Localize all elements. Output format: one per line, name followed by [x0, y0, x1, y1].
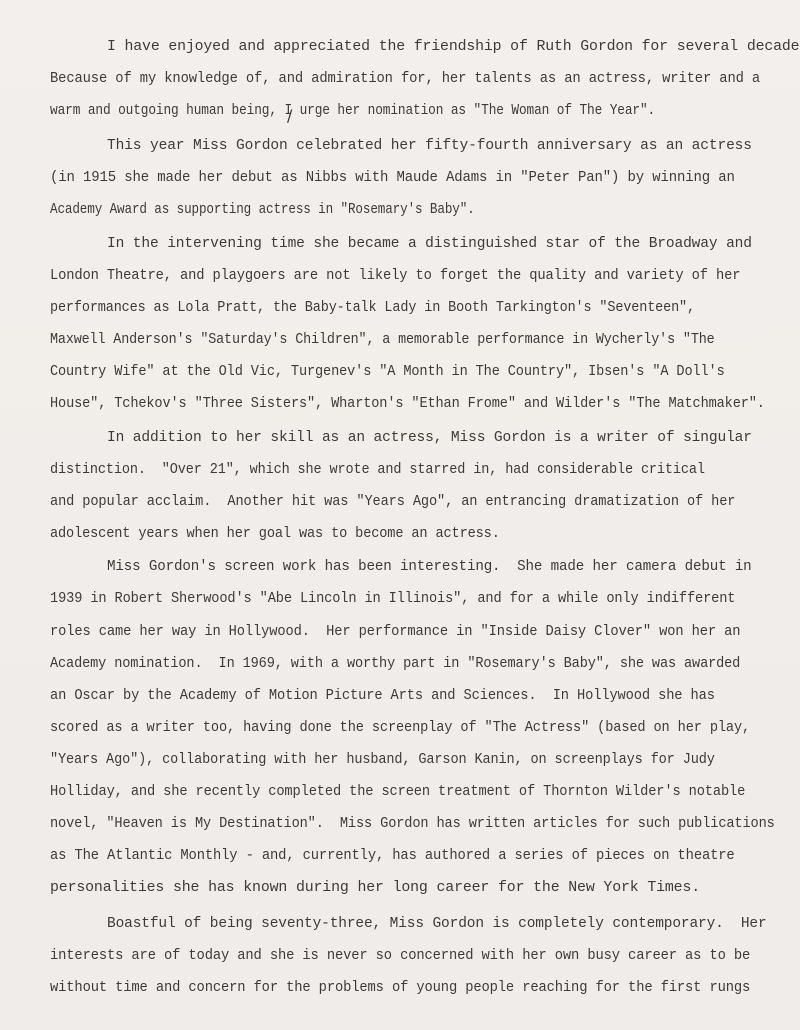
text-line: without time and concern for the problem… [50, 979, 750, 996]
text-line: scored as a writer too, having done the … [50, 719, 750, 736]
typewritten-letter-page: I have enjoyed and appreciated the frien… [0, 0, 800, 1030]
paragraph-first-line: In the intervening time she became a dis… [107, 235, 752, 252]
text-line: Because of my knowledge of, and admirati… [50, 70, 760, 87]
text-line: House", Tchekov's "Three Sisters", Whart… [50, 395, 765, 412]
text-line: an Oscar by the Academy of Motion Pictur… [50, 687, 715, 704]
text-line: (in 1915 she made her debut as Nibbs wit… [50, 169, 735, 186]
paragraph-first-line: Miss Gordon's screen work has been inter… [107, 558, 752, 575]
text-line: personalities she has known during her l… [50, 879, 700, 896]
paragraph-first-line: I have enjoyed and appreciated the frien… [107, 38, 800, 55]
text-line: London Theatre, and playgoers are not li… [50, 267, 740, 284]
text-line: Holliday, and she recently completed the… [50, 783, 745, 800]
text-line: "Years Ago"), collaborating with her hus… [50, 751, 715, 768]
text-line: roles came her way in Hollywood. Her per… [50, 623, 740, 640]
text-line: Country Wife" at the Old Vic, Turgenev's… [50, 363, 725, 380]
text-line: and popular acclaim. Another hit was "Ye… [50, 493, 735, 510]
text-line: distinction. "Over 21", which she wrote … [50, 461, 705, 478]
text-line: as The Atlantic Monthly - and, currently… [50, 847, 735, 864]
text-line: interests are of today and she is never … [50, 947, 750, 964]
text-line: adolescent years when her goal was to be… [50, 525, 500, 542]
text-line: novel, "Heaven is My Destination". Miss … [50, 815, 775, 832]
text-line: Academy Award as supporting actress in "… [50, 201, 475, 218]
text-line: performances as Lola Pratt, the Baby-tal… [50, 299, 695, 316]
handwritten-correction-mark: / [287, 106, 292, 125]
paragraph-first-line: Boastful of being seventy-three, Miss Go… [107, 915, 767, 932]
text-line: Academy nomination. In 1969, with a wort… [50, 655, 740, 672]
paragraph-first-line: In addition to her skill as an actress, … [107, 429, 752, 446]
paragraph-first-line: This year Miss Gordon celebrated her fif… [107, 137, 752, 154]
text-line: 1939 in Robert Sherwood's "Abe Lincoln i… [50, 590, 735, 607]
text-line: warm and outgoing human being, I urge he… [50, 102, 655, 119]
text-line: Maxwell Anderson's "Saturday's Children"… [50, 331, 715, 348]
